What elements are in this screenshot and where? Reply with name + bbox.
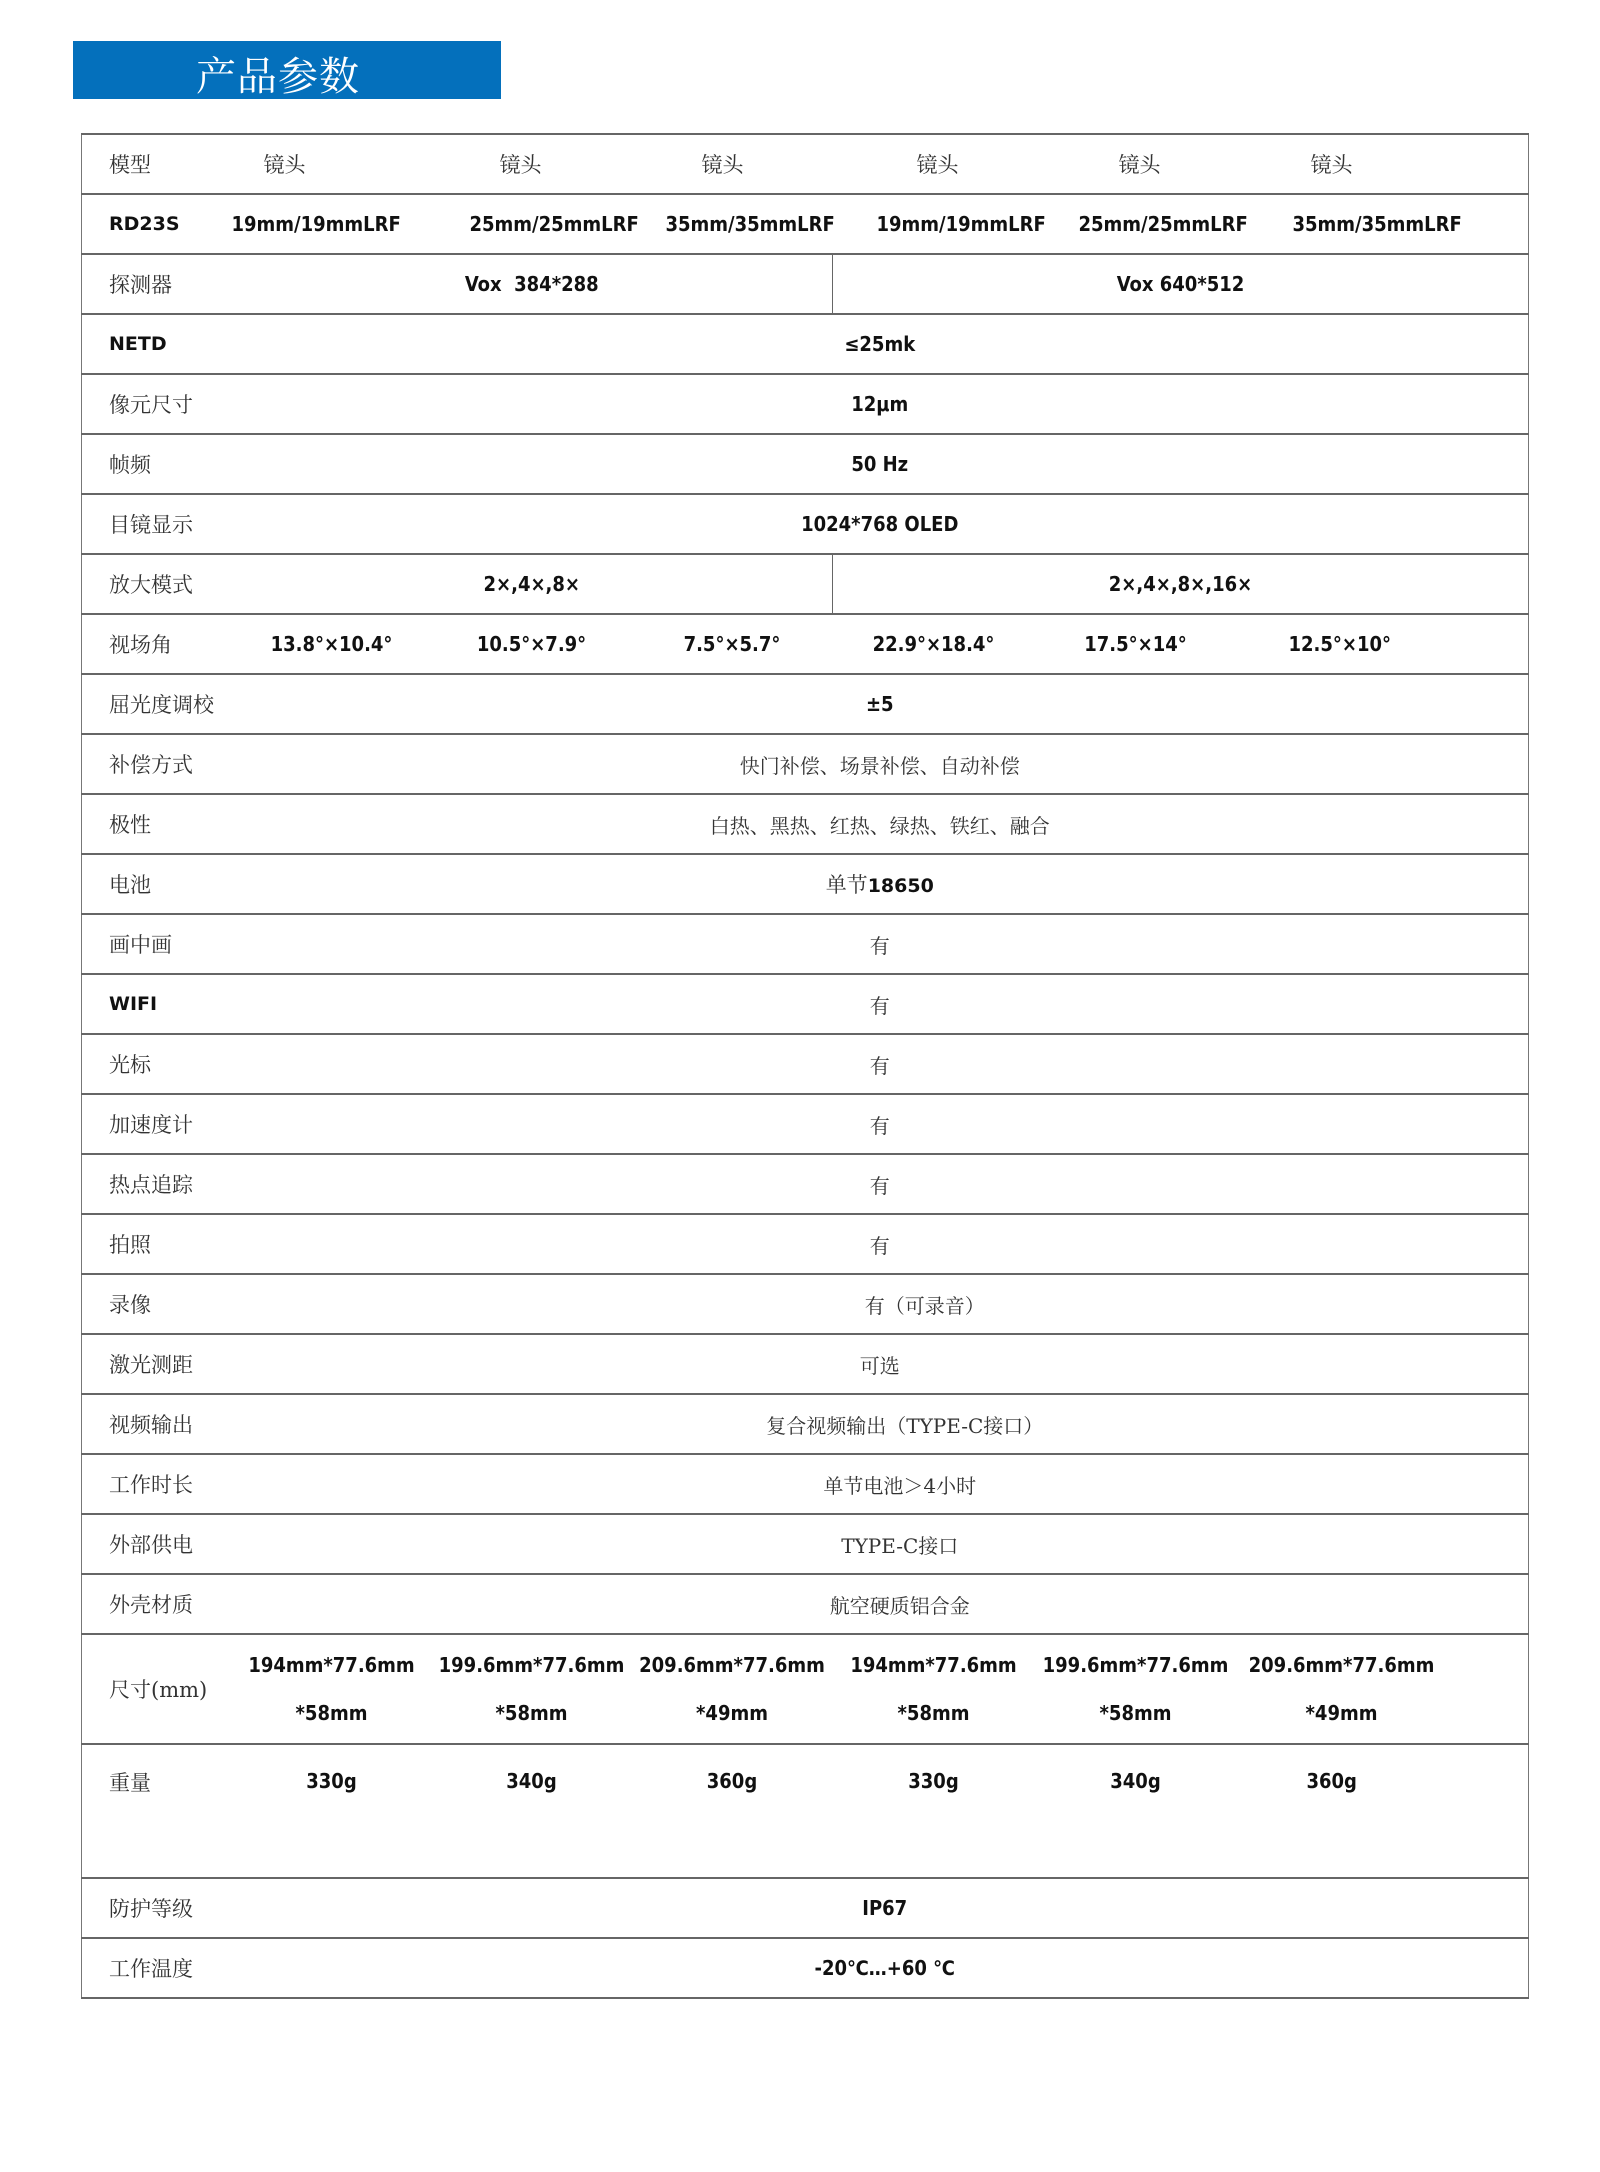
row-label: 重量: [82, 1744, 232, 1878]
row-label: 放大模式: [82, 554, 232, 614]
row-label: 屈光度调校: [82, 674, 232, 734]
cell: 白热、黑热、红热、绿热、铁红、融合: [232, 794, 1529, 854]
dim-line-2: *58mm: [232, 1689, 432, 1737]
cell: 10.5°×7.9°: [432, 614, 632, 674]
cell: 2×,4×,8×,16×: [833, 554, 1529, 614]
table-row-pixel: 像元尺寸 12μm: [82, 374, 1529, 434]
table-row-pip: 画中画 有: [82, 914, 1529, 974]
cell: 19mm/19mmLRF: [833, 194, 1035, 254]
cell: 209.6mm*77.6mm*49mm: [1237, 1634, 1529, 1744]
cell: 194mm*77.6mm*58mm: [833, 1634, 1035, 1744]
cell: TYPE-C接口: [232, 1514, 1529, 1574]
section-title-bar: 产品参数: [73, 41, 501, 99]
cell: 330g: [232, 1744, 432, 1878]
row-label: 热点追踪: [82, 1154, 232, 1214]
row-label: 外壳材质: [82, 1574, 232, 1634]
table-row-video: 录像 有（可录音）: [82, 1274, 1529, 1334]
row-label: 补偿方式: [82, 734, 232, 794]
table-row-detector: 探测器 Vox 384*288 Vox 640*512: [82, 254, 1529, 314]
cell: 复合视频输出（TYPE-C接口）: [232, 1394, 1529, 1454]
table-row-housing: 外壳材质 航空硬质铝合金: [82, 1574, 1529, 1634]
cell: 13.8°×10.4°: [232, 614, 432, 674]
cell: 12μm: [232, 374, 1529, 434]
dim-line-1: 199.6mm*77.6mm: [1035, 1641, 1237, 1689]
row-label: WIFI: [82, 974, 232, 1034]
cell: 340g: [1035, 1744, 1237, 1878]
cell: 194mm*77.6mm*58mm: [232, 1634, 432, 1744]
dim-line-1: 209.6mm*77.6mm: [1247, 1641, 1437, 1689]
cell: 有（可录音）: [232, 1274, 1529, 1334]
row-label: 外部供电: [82, 1514, 232, 1574]
table-row-compensation: 补偿方式 快门补偿、场景补偿、自动补偿: [82, 734, 1529, 794]
row-label: 尺寸(mm): [82, 1634, 232, 1744]
dim-line-1: 194mm*77.6mm: [833, 1641, 1035, 1689]
cell: 镜头: [232, 134, 432, 194]
table-row-ip: 防护等级 IP67: [82, 1878, 1529, 1938]
cell: Vox 384*288: [232, 254, 833, 314]
cell: 360g: [632, 1744, 833, 1878]
dim-line-1: 194mm*77.6mm: [232, 1641, 432, 1689]
cell: 360g: [1237, 1744, 1529, 1878]
table-row-photo: 拍照 有: [82, 1214, 1529, 1274]
table-row-polarity: 极性 白热、黑热、红热、绿热、铁红、融合: [82, 794, 1529, 854]
cell: 有: [232, 1214, 1529, 1274]
table-row-temperature: 工作温度 -20℃…+60 ℃: [82, 1938, 1529, 1998]
row-label: NETD: [82, 314, 232, 374]
row-label: 极性: [82, 794, 232, 854]
cell: 有: [232, 1034, 1529, 1094]
dim-line-1: 199.6mm*77.6mm: [432, 1641, 632, 1689]
table-row-accelerometer: 加速度计 有: [82, 1094, 1529, 1154]
cell: 1024*768 OLED: [232, 494, 1529, 554]
cell: 209.6mm*77.6mm*49mm: [632, 1634, 833, 1744]
table-row-video-out: 视频输出 复合视频输出（TYPE-C接口）: [82, 1394, 1529, 1454]
cell: 19mm/19mmLRF: [232, 194, 432, 254]
row-label: 模型: [82, 134, 232, 194]
table-row-weight: 重量 330g 340g 360g 330g 340g 360g: [82, 1744, 1529, 1878]
cell: 35mm/35mmLRF: [1237, 194, 1529, 254]
row-label: 工作时长: [82, 1454, 232, 1514]
dim-line-2: *49mm: [632, 1689, 833, 1737]
row-label: 工作温度: [82, 1938, 232, 1998]
table-row-battery: 电池 单节18650: [82, 854, 1529, 914]
row-label: 画中画: [82, 914, 232, 974]
cell: ±5: [232, 674, 1529, 734]
dim-line-2: *49mm: [1247, 1689, 1437, 1737]
cell: 35mm/35mmLRF: [632, 194, 833, 254]
cell: 有: [232, 1094, 1529, 1154]
cell: 镜头: [833, 134, 1035, 194]
table-row-dimensions: 尺寸(mm) 194mm*77.6mm*58mm 199.6mm*77.6mm*…: [82, 1634, 1529, 1744]
cell: 单节18650: [232, 854, 1529, 914]
cell: 镜头: [632, 134, 833, 194]
row-label: 像元尺寸: [82, 374, 232, 434]
cell: 有: [232, 974, 1529, 1034]
row-label: 激光测距: [82, 1334, 232, 1394]
cell: 镜头: [1237, 134, 1529, 194]
cell: 199.6mm*77.6mm*58mm: [1035, 1634, 1237, 1744]
cell: 可选: [232, 1334, 1529, 1394]
cell: 25mm/25mmLRF: [432, 194, 632, 254]
cell: 航空硬质铝合金: [232, 1574, 1529, 1634]
row-label: 目镜显示: [82, 494, 232, 554]
row-label: 帧频: [82, 434, 232, 494]
table-row-lrf: 激光测距 可选: [82, 1334, 1529, 1394]
cell: 2×,4×,8×: [232, 554, 833, 614]
cell: IP67: [232, 1878, 1529, 1938]
row-label: 防护等级: [82, 1878, 232, 1938]
battery-type: 单节: [826, 873, 868, 897]
cell: 镜头: [432, 134, 632, 194]
table-row-cursor: 光标 有: [82, 1034, 1529, 1094]
row-label: RD23S: [82, 194, 232, 254]
row-label: 光标: [82, 1034, 232, 1094]
table-row-ext-power: 外部供电 TYPE-C接口: [82, 1514, 1529, 1574]
cell: -20℃…+60 ℃: [232, 1938, 1529, 1998]
cell: Vox 640*512: [833, 254, 1529, 314]
row-label: 录像: [82, 1274, 232, 1334]
cell: 快门补偿、场景补偿、自动补偿: [232, 734, 1529, 794]
dim-line-2: *58mm: [432, 1689, 632, 1737]
table-row-zoom-mode: 放大模式 2×,4×,8× 2×,4×,8×,16×: [82, 554, 1529, 614]
row-label: 视频输出: [82, 1394, 232, 1454]
cell: 有: [232, 1154, 1529, 1214]
row-label: 拍照: [82, 1214, 232, 1274]
table-row-netd: NETD ≤25mk: [82, 314, 1529, 374]
table-row-header: 模型 镜头 镜头 镜头 镜头 镜头 镜头: [82, 134, 1529, 194]
dim-line-2: *58mm: [1035, 1689, 1237, 1737]
row-label: 加速度计: [82, 1094, 232, 1154]
cell: 340g: [432, 1744, 632, 1878]
cell: 50 Hz: [232, 434, 1529, 494]
table-row-frame-rate: 帧频 50 Hz: [82, 434, 1529, 494]
cell: 有: [232, 914, 1529, 974]
cell: 7.5°×5.7°: [632, 614, 833, 674]
table-row-model: RD23S 19mm/19mmLRF 25mm/25mmLRF 35mm/35m…: [82, 194, 1529, 254]
table-row-hotspot: 热点追踪 有: [82, 1154, 1529, 1214]
cell: 330g: [833, 1744, 1035, 1878]
row-label: 电池: [82, 854, 232, 914]
page-title: 产品参数: [196, 45, 360, 102]
table-row-diopter: 屈光度调校 ±5: [82, 674, 1529, 734]
cell: 镜头: [1035, 134, 1237, 194]
table-row-runtime: 工作时长 单节电池＞4小时: [82, 1454, 1529, 1514]
cell: 25mm/25mmLRF: [1035, 194, 1237, 254]
battery-model: 18650: [868, 875, 934, 897]
row-label: 探测器: [82, 254, 232, 314]
dim-line-2: *58mm: [833, 1689, 1035, 1737]
table-row-fov: 视场角 13.8°×10.4° 10.5°×7.9° 7.5°×5.7° 22.…: [82, 614, 1529, 674]
dim-line-1: 209.6mm*77.6mm: [632, 1641, 833, 1689]
cell: 22.9°×18.4°: [833, 614, 1035, 674]
cell: 12.5°×10°: [1237, 614, 1529, 674]
cell: ≤25mk: [232, 314, 1529, 374]
cell: 199.6mm*77.6mm*58mm: [432, 1634, 632, 1744]
table-row-wifi: WIFI 有: [82, 974, 1529, 1034]
spec-table: 模型 镜头 镜头 镜头 镜头 镜头 镜头 RD23S 19mm/19mmLRF …: [81, 133, 1529, 1999]
row-label: 视场角: [82, 614, 232, 674]
table-row-eyepiece: 目镜显示 1024*768 OLED: [82, 494, 1529, 554]
cell: 单节电池＞4小时: [232, 1454, 1529, 1514]
cell: 17.5°×14°: [1035, 614, 1237, 674]
